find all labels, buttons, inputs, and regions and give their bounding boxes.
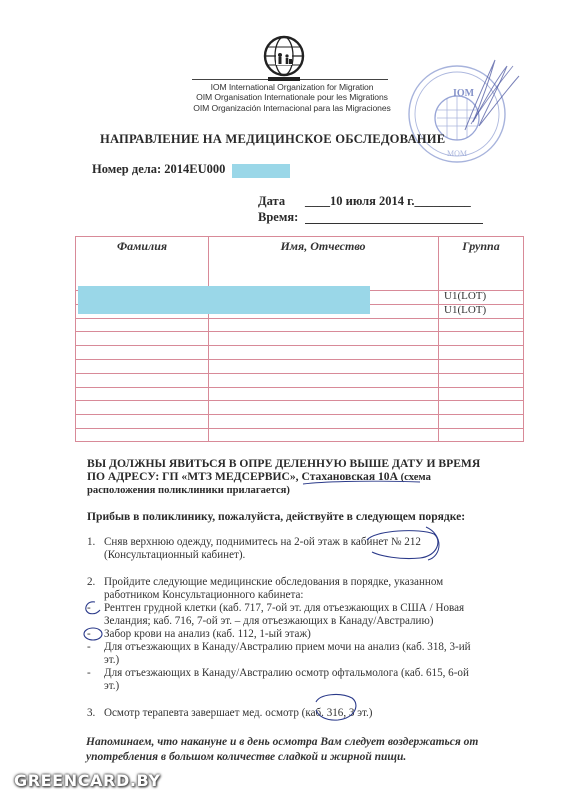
- sub-bullet: -: [87, 667, 91, 680]
- iom-globe-logo-icon: [262, 34, 306, 78]
- sub-item-eye-line-2: эт.): [104, 680, 504, 693]
- sub-bullet: -: [87, 628, 91, 641]
- org-line-en: IOM International Organization for Migra…: [192, 82, 392, 92]
- svg-text:MOM: MOM: [447, 149, 467, 158]
- round-stamp-icon: IOM MOM: [395, 52, 535, 172]
- logo-rule-bar: [268, 77, 300, 81]
- table-row: [76, 414, 523, 428]
- table-row: [76, 400, 523, 414]
- org-line-es: OIM Organización Internacional para las …: [192, 103, 392, 113]
- svg-text:IOM: IOM: [453, 88, 475, 99]
- notice-line-1: ВЫ ДОЛЖНЫ ЯВИТЬСЯ В ОПРЕ ДЕЛЕННУЮ ВЫШЕ Д…: [87, 457, 497, 470]
- case-number: Номер дела: 2014EU000: [92, 162, 225, 177]
- org-name-lines: IOM International Organization for Migra…: [192, 82, 392, 113]
- reminder-line-1: Напоминаем, что накануне и в день осмотр…: [86, 735, 506, 750]
- sub-item-urine-line-2: эт.): [104, 654, 504, 667]
- table-row: [76, 428, 523, 442]
- table-row: [76, 387, 523, 401]
- group-cell: U1(LOT): [444, 304, 486, 316]
- sub-item-urine-line-1: Для отъезжающих в Канаду/Австралию прием…: [104, 641, 504, 654]
- names-redaction: [78, 286, 370, 314]
- time-blank-line: [305, 223, 483, 224]
- table-row: [76, 373, 523, 387]
- step-2-line-1: Пройдите следующие медицинские обследова…: [104, 576, 504, 589]
- notice-address-tail: (схема: [398, 472, 431, 483]
- step-number: 2.: [87, 576, 95, 589]
- table-row: [76, 331, 523, 345]
- sub-bullet: -: [87, 641, 91, 654]
- instructions-intro: Прибыв в поликлинику, пожалуйста, действ…: [87, 510, 465, 523]
- sub-item-eye-line-1: Для отъезжающих в Канаду/Австралию осмот…: [104, 667, 504, 680]
- step-2-line-2: работником Консультационного кабинета:: [104, 589, 504, 602]
- step-3-text: Осмотр терапевта завершает мед. осмотр (…: [104, 707, 504, 720]
- sub-item-blood: Забор крови на анализ (каб. 112, 1-ый эт…: [104, 628, 504, 641]
- step-1-line-1: Сняв верхнюю одежду, поднимитесь на 2-ой…: [104, 536, 504, 549]
- sub-bullet: -: [87, 602, 91, 615]
- sub-item-xray-line-2: Зеландия; каб. 716, 7-ой эт. – для отъез…: [104, 615, 504, 628]
- watermark: GREENCARD.BY: [14, 771, 161, 790]
- column-header-surname: Фамилия: [76, 239, 208, 254]
- patients-table: Фамилия Имя, Отчество Группа U1(LOT)U1(L…: [75, 236, 524, 442]
- case-number-redaction: [232, 164, 290, 178]
- group-cell: U1(LOT): [444, 290, 486, 302]
- column-header-name: Имя, Отчество: [208, 239, 438, 254]
- column-header-group: Группа: [438, 239, 524, 254]
- notice-line-3: расположения поликлиники прилагается): [87, 484, 497, 497]
- date-label: Дата: [258, 194, 285, 209]
- appointment-notice: ВЫ ДОЛЖНЫ ЯВИТЬСЯ В ОПРЕ ДЕЛЕННУЮ ВЫШЕ Д…: [87, 457, 497, 497]
- page-title: НАПРАВЛЕНИЕ НА МЕДИЦИНСКОЕ ОБСЛЕДОВАНИЕ: [100, 132, 480, 147]
- org-line-fr: OIM Organisation Internationale pour les…: [192, 92, 392, 102]
- table-row: [76, 359, 523, 373]
- table-row: [76, 345, 523, 359]
- step-number: 3.: [87, 707, 95, 720]
- date-value: ____10 июля 2014 г._________: [305, 194, 471, 209]
- table-row: [76, 318, 523, 332]
- sub-item-xray-line-1: Рентген грудной клетки (каб. 717, 7-ой э…: [104, 602, 504, 615]
- step-number: 1.: [87, 536, 95, 549]
- reminder-line-2: употребления в большом количестве сладко…: [86, 750, 506, 765]
- step-1-line-2: (Консультационный кабинет).: [104, 549, 504, 562]
- time-label: Время:: [258, 210, 298, 225]
- notice-line-2: ПО АДРЕСУ: ГП «МТЗ МЕДСЕРВИС», Стахановс…: [87, 470, 497, 484]
- notice-address: ПО АДРЕСУ: ГП «МТЗ МЕДСЕРВИС», Стахановс…: [87, 470, 398, 483]
- diet-reminder: Напоминаем, что накануне и в день осмотр…: [86, 735, 506, 765]
